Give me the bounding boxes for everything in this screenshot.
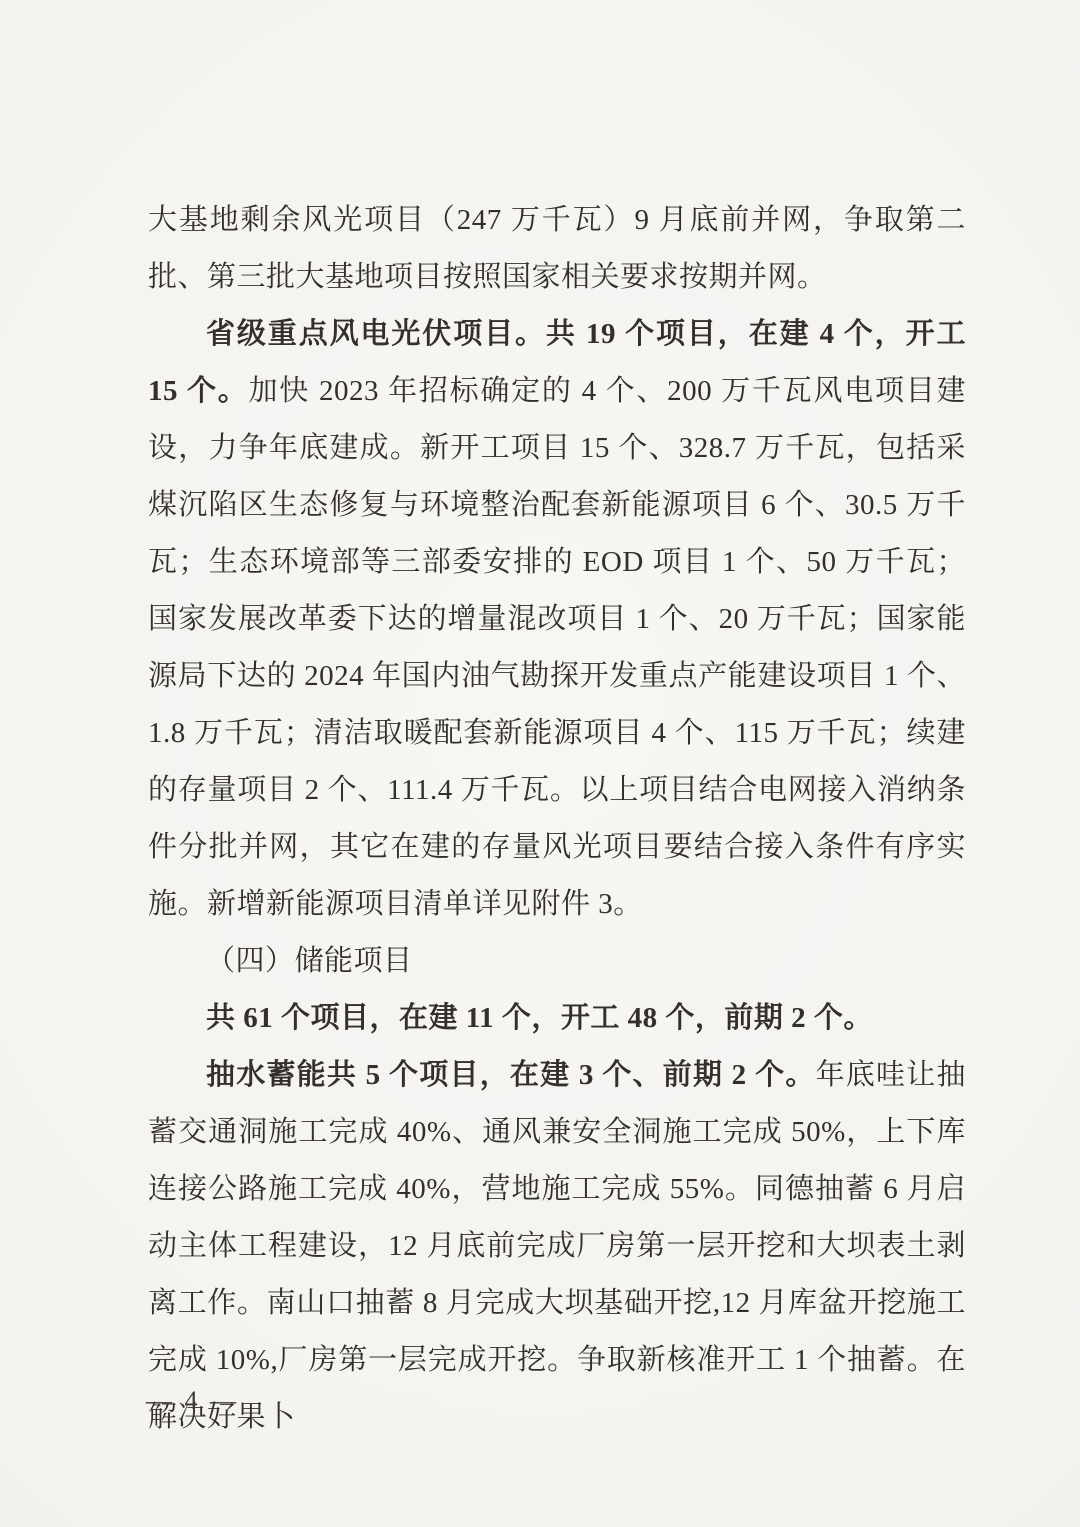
section-heading-storage-projects: （四）储能项目 xyxy=(148,933,966,990)
paragraph-text: （四）储能项目 xyxy=(206,945,413,977)
paragraph-text: 加快 2023 年招标确定的 4 个、200 万千瓦风电项目建设，力争年底建成。… xyxy=(148,375,966,920)
document-page: 大基地剩余风光项目（247 万千瓦）9 月底前并网，争取第二批、第三批大基地项目… xyxy=(0,0,1080,1527)
paragraph-bold-lead: 共 61 个项目，在建 11 个，开工 48 个，前期 2 个。 xyxy=(206,1002,873,1034)
paragraph-text: 大基地剩余风光项目（247 万千瓦）9 月底前并网，争取第二批、第三批大基地项目… xyxy=(148,204,966,293)
paragraph-storage-summary: 共 61 个项目，在建 11 个，开工 48 个，前期 2 个。 xyxy=(148,990,966,1047)
paragraph-bold-lead: 抽水蓄能共 5 个项目，在建 3 个、前期 2 个。 xyxy=(206,1059,816,1091)
paragraph-pumped-storage: 抽水蓄能共 5 个项目，在建 3 个、前期 2 个。年底哇让抽蓄交通洞施工完成 … xyxy=(148,1047,966,1446)
document-body: 大基地剩余风光项目（247 万千瓦）9 月底前并网，争取第二批、第三批大基地项目… xyxy=(148,192,966,1446)
page-number: — 4 — xyxy=(146,1386,239,1416)
paragraph-continuation: 大基地剩余风光项目（247 万千瓦）9 月底前并网，争取第二批、第三批大基地项目… xyxy=(148,192,966,306)
paragraph-text: 年底哇让抽蓄交通洞施工完成 40%、通风兼安全洞施工完成 50%，上下库连接公路… xyxy=(148,1059,966,1433)
paragraph-provincial-wind-solar: 省级重点风电光伏项目。共 19 个项目，在建 4 个，开工 15 个。加快 20… xyxy=(148,306,966,933)
